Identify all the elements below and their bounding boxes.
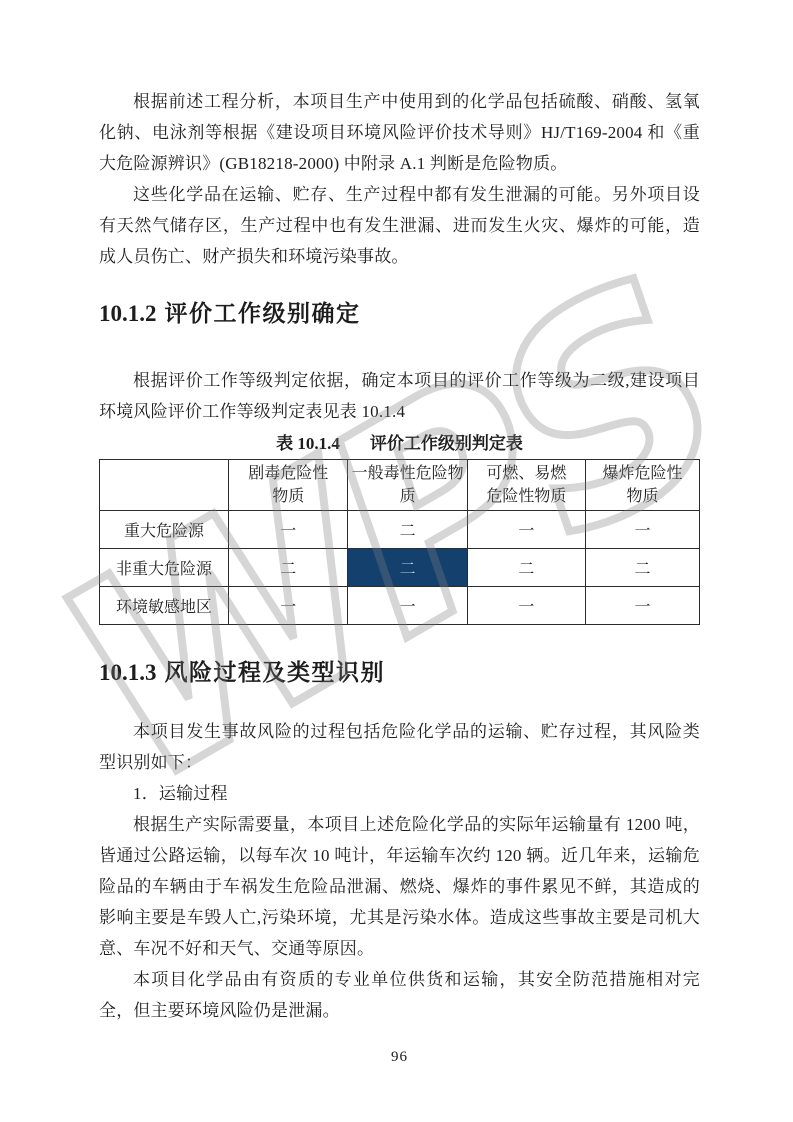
table-cell: 一 [348,587,467,625]
table-cell: 一 [585,587,699,625]
table-caption-title: 评价工作级别判定表 [370,434,523,453]
table-corner-cell [100,460,229,511]
table-cell: 一 [467,511,585,549]
paragraph-transport-detail: 根据生产实际需要量，本项目上述危险化学品的实际年运输量有 1200 吨，皆通过公… [99,809,700,964]
page-number: 96 [99,1042,700,1073]
section-title: 风险过程及类型识别 [165,659,386,685]
table-cell: 二 [229,549,348,587]
list-item-transport-process: 1．运输过程 [99,778,700,809]
section-title: 评价工作级别确定 [165,300,361,326]
table-cell: 一 [467,587,585,625]
table-cell: 一 [229,587,348,625]
evaluation-grade-table: 剧毒危险性 物质 一般毒性危险物 质 可燃、易燃 危险性物质 爆炸危险性 物质 … [99,459,700,625]
paragraph-supply-safety: 本项目化学品由有资质的专业单位供货和运输，其安全防范措施相对完全，但主要环境风险… [99,964,700,1026]
page-content: 根据前述工程分析，本项目生产中使用到的化学品包括硫酸、硝酸、氢氧化钠、电泳剂等根… [99,0,700,1073]
table-row-major-hazard: 重大危险源 一 二 一 一 [100,511,700,549]
column-header-explosive: 爆炸危险性 物质 [585,460,699,511]
section-heading-10-1-3: 10.1.3风险过程及类型识别 [99,655,700,690]
row-label: 重大危险源 [100,511,229,549]
document-page: 根据前述工程分析，本项目生产中使用到的化学品包括硫酸、硝酸、氢氧化钠、电泳剂等根… [0,0,793,1122]
section-heading-10-1-2: 10.1.2评价工作级别确定 [99,296,700,331]
table-cell: 一 [585,511,699,549]
column-header-acute-toxic: 剧毒危险性 物质 [229,460,348,511]
section-number: 10.1.2 [99,301,157,326]
column-header-flammable: 可燃、易燃 危险性物质 [467,460,585,511]
row-label: 非重大危险源 [100,549,229,587]
row-label: 环境敏感地区 [100,587,229,625]
table-caption: 表 10.1.4评价工作级别判定表 [99,433,700,455]
table-row-sensitive-area: 环境敏感地区 一 一 一 一 [100,587,700,625]
table-cell: 二 [467,549,585,587]
column-header-general-toxic: 一般毒性危险物 质 [348,460,467,511]
paragraph-grade-determination: 根据评价工作等级判定依据，确定本项目的评价工作等级为二级,建设项目环境风险评价工… [99,365,700,427]
paragraph-risk-process-intro: 本项目发生事故风险的过程包括危险化学品的运输、贮存过程，其风险类型识别如下： [99,716,700,778]
table-cell: 二 [585,549,699,587]
section-number: 10.1.3 [99,660,157,685]
paragraph-leak-risk: 这些化学品在运输、贮存、生产过程中都有发生泄漏的可能。另外项目设有天然气储存区，… [99,179,700,272]
table-caption-label: 表 10.1.4 [276,434,340,453]
table-header-row: 剧毒危险性 物质 一般毒性危险物 质 可燃、易燃 危险性物质 爆炸危险性 物质 [100,460,700,511]
table-cell-highlighted: 二 [348,549,467,587]
table-cell: 一 [229,511,348,549]
paragraph-chemicals-identification: 根据前述工程分析，本项目生产中使用到的化学品包括硫酸、硝酸、氢氧化钠、电泳剂等根… [99,86,700,179]
table-cell: 二 [348,511,467,549]
table-row-non-major-hazard: 非重大危险源 二 二 二 二 [100,549,700,587]
